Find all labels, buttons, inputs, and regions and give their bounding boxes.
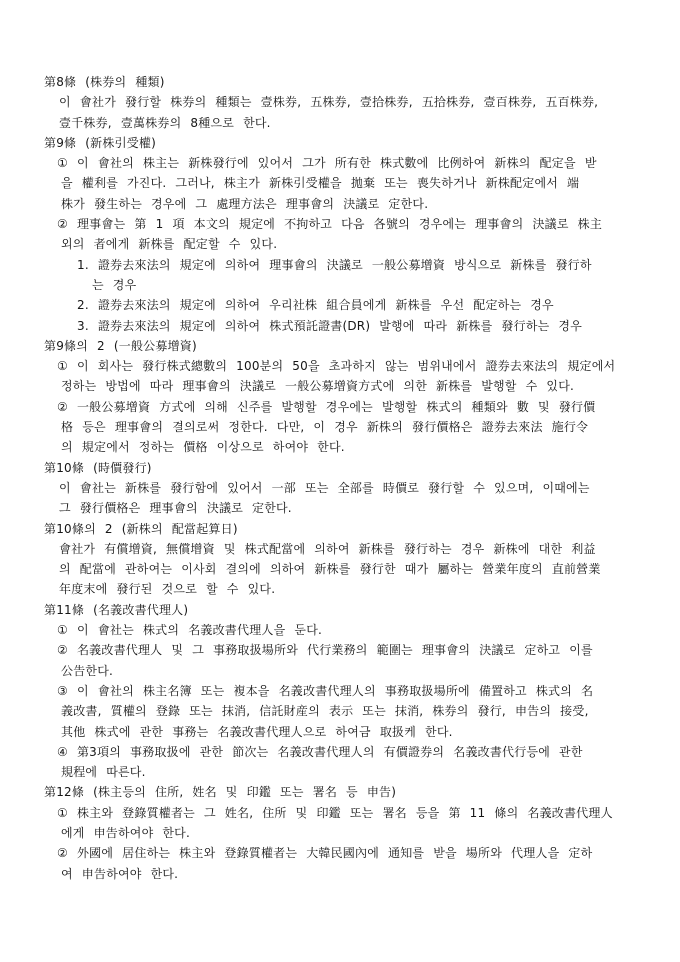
- text-line: 第11條 (名義改書代理人): [0, 600, 680, 620]
- document-body: 第8條 (株券의 種類)이 會社가 發行할 株券의 種類는 壹株券, 五株券, …: [0, 72, 680, 884]
- text-line: 의 配當에 관하여는 이사회 결의에 의하여 新株를 發行한 때가 屬하는 營業…: [0, 559, 680, 579]
- text-line: 第10條 (時價發行): [0, 458, 680, 478]
- text-line: 에게 申告하여야 한다.: [0, 823, 680, 843]
- text-line: ④ 第3項의 事務取扱에 관한 節次는 名義改書代理人의 有價證券의 名義改書代…: [0, 742, 680, 762]
- text-line: 그 發行價格은 理事會의 決議로 定한다.: [0, 498, 680, 518]
- text-line: ① 이 會社의 株主는 新株發行에 있어서 그가 所有한 株式數에 比例하여 新…: [0, 153, 680, 173]
- text-line: 壹千株券, 壹萬株券의 8種으로 한다.: [0, 113, 680, 133]
- text-line: ① 株主와 登錄質權者는 그 姓名, 住所 및 印鑑 또는 署名 등을 第 11…: [0, 803, 680, 823]
- text-line: 第9條 (新株引受權): [0, 133, 680, 153]
- text-line: 第9條의 2 (一般公募增資): [0, 336, 680, 356]
- text-line: 는 경우: [0, 275, 680, 295]
- text-line: 외의 者에게 新株를 配定할 수 있다.: [0, 234, 680, 254]
- document-page: 第8條 (株券의 種類)이 會社가 發行할 株券의 種類는 壹株券, 五株券, …: [0, 0, 680, 962]
- text-line: 年度末에 發行된 것으로 할 수 있다.: [0, 579, 680, 599]
- text-line: ① 이 會社는 株式의 名義改書代理人을 둔다.: [0, 620, 680, 640]
- text-line: ① 이 회사는 發行株式總數의 100분의 50을 초과하지 않는 범위내에서 …: [0, 356, 680, 376]
- text-line: 會社가 有償增資, 無償增資 및 株式配當에 의하여 新株를 發行하는 경우 新…: [0, 539, 680, 559]
- text-line: 第8條 (株券의 種類): [0, 72, 680, 92]
- text-line: ② 名義改書代理人 및 그 事務取扱場所와 代行業務의 範圍는 理事會의 決議로…: [0, 640, 680, 660]
- text-line: 株가 發生하는 경우에 그 處理方法은 理事會의 決議로 定한다.: [0, 194, 680, 214]
- text-line: ② 理事會는 第 1 項 本文의 規定에 不拘하고 다음 各號의 경우에는 理事…: [0, 214, 680, 234]
- text-line: 을 權利를 가진다. 그러나, 株主가 新株引受權을 拋棄 또는 喪失하거나 新…: [0, 173, 680, 193]
- text-line: 義改書, 質權의 登錄 또는 抹消, 信託財産의 表示 또는 抹消, 株券의 發…: [0, 701, 680, 721]
- text-line: ③ 이 會社의 株主名簿 또는 複本을 名義改書代理人의 事務取扱場所에 備置하…: [0, 681, 680, 701]
- text-line: 정하는 방법에 따라 理事會의 決議로 一般公募增資方式에 의한 新株를 발행할…: [0, 376, 680, 396]
- text-line: 3. 證券去來法의 規定에 의하여 株式預託證書(DR) 발행에 따라 新株를 …: [0, 316, 680, 336]
- text-line: 이 會社는 新株를 發行함에 있어서 一部 또는 全部를 時價로 發行할 수 있…: [0, 478, 680, 498]
- text-line: 第12條 (株主등의 住所, 姓名 및 印鑑 또는 署名 등 申告): [0, 782, 680, 802]
- text-line: 第10條의 2 (新株의 配當起算日): [0, 519, 680, 539]
- text-line: 의 規定에서 정하는 價格 이상으로 하여야 한다.: [0, 437, 680, 457]
- text-line: 其他 株式에 관한 事務는 名義改書代理人으로 하여금 取扱케 한다.: [0, 722, 680, 742]
- text-line: 格 등은 理事會의 결의로써 정한다. 다만, 이 경우 新株의 發行價格은 證…: [0, 417, 680, 437]
- text-line: 規程에 따른다.: [0, 762, 680, 782]
- text-line: 2. 證券去來法의 規定에 의하여 우리社株 組合員에게 新株를 우선 配定하는…: [0, 295, 680, 315]
- text-line: 이 會社가 發行할 株券의 種類는 壹株券, 五株券, 壹拾株券, 五拾株券, …: [0, 92, 680, 112]
- text-line: ② 外國에 居住하는 株主와 登錄質權者는 大韓民國內에 通知를 받을 場所와 …: [0, 843, 680, 863]
- text-line: 1. 證券去來法의 規定에 의하여 理事會의 決議로 一般公募增資 방식으로 新…: [0, 255, 680, 275]
- text-line: 公告한다.: [0, 661, 680, 681]
- text-line: ② 一般公募增資 方式에 의해 신주를 발행할 경우에는 발행할 株式의 種類와…: [0, 397, 680, 417]
- text-line: 여 申告하여야 한다.: [0, 864, 680, 884]
